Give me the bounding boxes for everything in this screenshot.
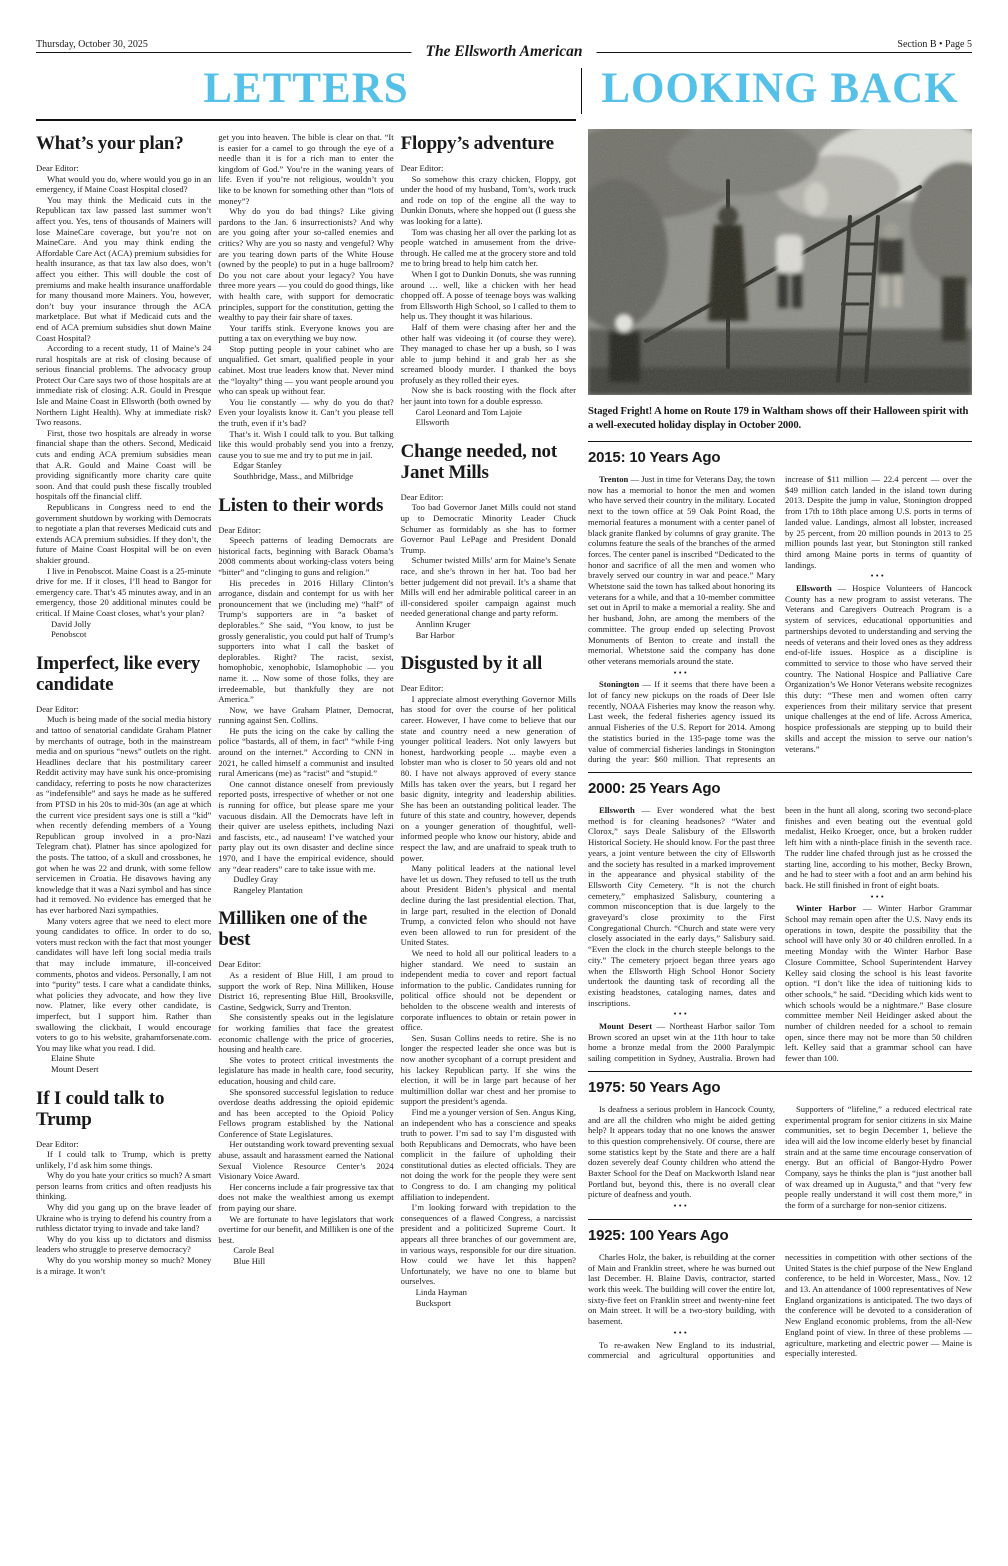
letter-paragraph: He puts the icing on the cake by calling… xyxy=(218,726,393,779)
era-section: 1975: 50 Years AgoIs deafness a serious … xyxy=(588,1071,972,1212)
letter-signature: Blue Hill xyxy=(218,1256,393,1267)
letter-signature: Carol Leonard and Tom Lajoie xyxy=(401,407,576,418)
letter-paragraph: She consistently speaks out in the legis… xyxy=(218,1012,393,1054)
era-entry: Ellsworth — Hospice Volunteers of Hancoc… xyxy=(785,583,972,754)
era-body: Trenton — Just in time for Veterans Day,… xyxy=(588,474,972,765)
era-entry: Supporters of “lifeline,” a reduced elec… xyxy=(785,1104,972,1211)
letter-paragraph: So somehow this crazy chicken, Floppy, g… xyxy=(401,174,576,227)
letter-paragraph: Now she is back roosting with the flock … xyxy=(401,385,576,406)
era-heading: 1975: 50 Years Ago xyxy=(588,1079,972,1096)
entry-lead: Winter Harbor xyxy=(796,903,856,913)
halloween-display-photo xyxy=(588,129,972,400)
letter-signature: Ellsworth xyxy=(401,417,576,428)
letter-paragraph: She votes to protect critical investment… xyxy=(218,1055,393,1087)
letter-salutation: Dear Editor: xyxy=(218,525,393,536)
letter-signature: Rangeley Plantation xyxy=(218,885,393,896)
letter-paragraph: If I could talk to Trump, which is prett… xyxy=(36,1149,211,1170)
letter-paragraph: I’m looking forward with trepidation to … xyxy=(401,1202,576,1287)
era-entry: Is deafness a serious problem in Hancock… xyxy=(588,1104,775,1200)
letter-paragraph: When I got to Dunkin Donuts, she was run… xyxy=(401,269,576,322)
letter-headline: Change needed, not Janet Mills xyxy=(401,441,576,483)
letter-paragraph: Find me a younger version of Sen. Angus … xyxy=(401,1107,576,1202)
letter-paragraph: Your tariffs stink. Everyone knows you a… xyxy=(218,323,393,344)
era-entry: Ellsworth — Ever wondered what the best … xyxy=(588,805,775,1008)
page-header: Thursday, October 30, 2025 The Ellsworth… xyxy=(36,36,972,58)
letter-paragraph: Why do you kiss up to dictators and dism… xyxy=(36,1234,211,1255)
header-divider xyxy=(581,68,582,114)
letter-headline: Disgusted by it all xyxy=(401,653,576,674)
letter-headline: Floppy’s adventure xyxy=(401,133,576,154)
letter-paragraph: Stop putting people in your cabinet who … xyxy=(218,344,393,397)
letter-signature: Mount Desert xyxy=(36,1064,211,1075)
entry-separator: ••• xyxy=(588,668,775,679)
letter-signature: Edgar Stanley xyxy=(218,460,393,471)
letters-rule xyxy=(36,119,576,121)
entry-lead: Ellsworth xyxy=(796,583,832,593)
looking-back-section-title: LOOKING BACK xyxy=(588,66,972,112)
entry-separator: ••• xyxy=(588,1328,775,1339)
letter-signature: Penobscot xyxy=(36,629,211,640)
letter-salutation: Dear Editor: xyxy=(36,1139,211,1150)
letter-paragraph: You may think the Medicaid cuts in the R… xyxy=(36,195,211,343)
era-heading: 2015: 10 Years Ago xyxy=(588,449,972,466)
letter-paragraph: According to a recent study, 11 of Maine… xyxy=(36,343,211,428)
letter-paragraph: Speech patterns of leading Democrats are… xyxy=(218,535,393,577)
letter-paragraph: get you into heaven. The bible is clear … xyxy=(218,132,393,206)
letter-paragraph: Sen. Susan Collins needs to retire. She … xyxy=(401,1033,576,1107)
letter-paragraph: We need to hold all our political leader… xyxy=(401,948,576,1033)
letter-signature: Elaine Shute xyxy=(36,1053,211,1064)
era-entry: Charles Holz, the baker, is rebuilding a… xyxy=(588,1252,775,1327)
letters-column-3: Floppy’s adventureDear Editor:So somehow… xyxy=(401,132,576,1536)
letter-paragraph: Her concerns include a fair progressive … xyxy=(218,1182,393,1214)
looking-back-sections: 2015: 10 Years AgoTrenton — Just in time… xyxy=(588,441,972,1361)
era-heading: 1925: 100 Years Ago xyxy=(588,1227,972,1244)
issue-date: Thursday, October 30, 2025 xyxy=(36,39,148,50)
letter-signature: Carole Beal xyxy=(218,1245,393,1256)
letter-paragraph: As a resident of Blue Hill, I am proud t… xyxy=(218,970,393,1012)
letter-paragraph: One cannot distance oneself from previou… xyxy=(218,779,393,874)
letter-paragraph: Many voters agree that we need to elect … xyxy=(36,916,211,1054)
letter-paragraph: Why do you do bad things? Like giving pa… xyxy=(218,206,393,323)
era-section: 1925: 100 Years AgoCharles Holz, the bak… xyxy=(588,1219,972,1361)
letters-section: LETTERS What’s your plan?Dear Editor:Wha… xyxy=(36,66,576,1536)
letters-column-1: What’s your plan?Dear Editor:What would … xyxy=(36,132,211,1536)
era-entry: Trenton — Just in time for Veterans Day,… xyxy=(588,474,775,667)
entry-separator: ••• xyxy=(785,571,972,582)
letter-salutation: Dear Editor: xyxy=(36,163,211,174)
entry-lead: Stonington xyxy=(599,679,639,689)
newspaper-page: Thursday, October 30, 2025 The Ellsworth… xyxy=(0,0,1008,1566)
letter-signature: Bucksport xyxy=(401,1298,576,1309)
letter-salutation: Dear Editor: xyxy=(218,959,393,970)
letter-paragraph: She sponsored successful legislation to … xyxy=(218,1087,393,1140)
letter-salutation: Dear Editor: xyxy=(401,163,576,174)
photo-caption: Staged Fright! A home on Route 179 in Wa… xyxy=(588,405,972,432)
letter-salutation: Dear Editor: xyxy=(401,683,576,694)
letter-paragraph: His precedes in 2016 Hillary Clinton’s a… xyxy=(218,578,393,705)
letter-headline: Listen to their words xyxy=(218,495,393,516)
letters-section-title: LETTERS xyxy=(36,66,576,112)
letter-signature: Bar Harbor xyxy=(401,630,576,641)
entry-separator: ••• xyxy=(785,892,972,903)
letter-headline: Milliken one of the best xyxy=(218,908,393,950)
letter-salutation: Dear Editor: xyxy=(401,492,576,503)
letter-paragraph: I live in Penobscot. Maine Coast is a 25… xyxy=(36,566,211,619)
entry-separator: ••• xyxy=(588,1009,775,1020)
halloween-photo-art xyxy=(588,129,972,395)
era-section: 2000: 25 Years AgoEllsworth — Ever wonde… xyxy=(588,772,972,1064)
era-body: Ellsworth — Ever wondered what the best … xyxy=(588,805,972,1064)
letter-paragraph: I appreciate almost everything Governor … xyxy=(401,694,576,864)
era-section: 2015: 10 Years AgoTrenton — Just in time… xyxy=(588,441,972,765)
looking-back-section: LOOKING BACK xyxy=(588,66,972,1361)
entry-lead: Mount Desert xyxy=(599,1021,652,1031)
letter-paragraph: Much is being made of the social media h… xyxy=(36,714,211,915)
letter-paragraph: Tom was chasing her all over the parking… xyxy=(401,227,576,269)
letter-signature: Annlinn Kruger xyxy=(401,619,576,630)
entry-separator: ••• xyxy=(588,1201,775,1212)
letter-paragraph: Her outstanding work toward preventing s… xyxy=(218,1139,393,1181)
letter-paragraph: We are fortunate to have legislators tha… xyxy=(218,1214,393,1246)
letter-signature: Dudley Gray xyxy=(218,874,393,885)
letter-paragraph: Too bad Governor Janet Mills could not s… xyxy=(401,502,576,555)
letter-paragraph: Republicans in Congress need to end the … xyxy=(36,502,211,566)
letter-headline: Imperfect, like every candidate xyxy=(36,653,211,695)
entry-lead: Trenton xyxy=(599,474,628,484)
letter-signature: David Jolly xyxy=(36,619,211,630)
letter-paragraph: Now, we have Graham Platner, Democrat, r… xyxy=(218,705,393,726)
letters-column-2: get you into heaven. The bible is clear … xyxy=(218,132,393,1536)
letter-paragraph: What would you do, where would you go in… xyxy=(36,174,211,195)
letter-headline: What’s your plan? xyxy=(36,133,211,154)
letter-paragraph: Why did you gang up on the brave leader … xyxy=(36,1202,211,1234)
letter-paragraph: First, those two hospitals are already i… xyxy=(36,428,211,502)
era-entry: Winter Harbor — Winter Harbor Grammar Sc… xyxy=(785,903,972,1064)
letter-paragraph: That’s it. Wish I could talk to you. But… xyxy=(218,429,393,461)
letter-paragraph: Why do you worship money so much? Money … xyxy=(36,1255,211,1276)
entry-lead: Ellsworth xyxy=(599,805,635,815)
letter-salutation: Dear Editor: xyxy=(36,704,211,715)
letter-paragraph: Why do you hate your critics so much? A … xyxy=(36,1170,211,1202)
letter-paragraph: Half of them were chasing after her and … xyxy=(401,322,576,386)
section-page-label: Section B • Page 5 xyxy=(897,39,972,50)
letter-paragraph: You lie constantly — why do you do that?… xyxy=(218,397,393,429)
letter-paragraph: Many political leaders at the national l… xyxy=(401,863,576,948)
letters-columns: What’s your plan?Dear Editor:What would … xyxy=(36,132,576,1536)
letter-headline: If I could talk to Trump xyxy=(36,1088,211,1130)
era-body: Charles Holz, the baker, is rebuilding a… xyxy=(588,1252,972,1361)
era-heading: 2000: 25 Years Ago xyxy=(588,780,972,797)
letter-signature: Southbridge, Mass., and Milbridge xyxy=(218,471,393,482)
letter-paragraph: Schumer twisted Mills’ arm for Maine’s S… xyxy=(401,555,576,619)
masthead-title: The Ellsworth American xyxy=(411,43,596,61)
era-body: Is deafness a serious problem in Hancock… xyxy=(588,1104,972,1212)
letter-signature: Linda Hayman xyxy=(401,1287,576,1298)
